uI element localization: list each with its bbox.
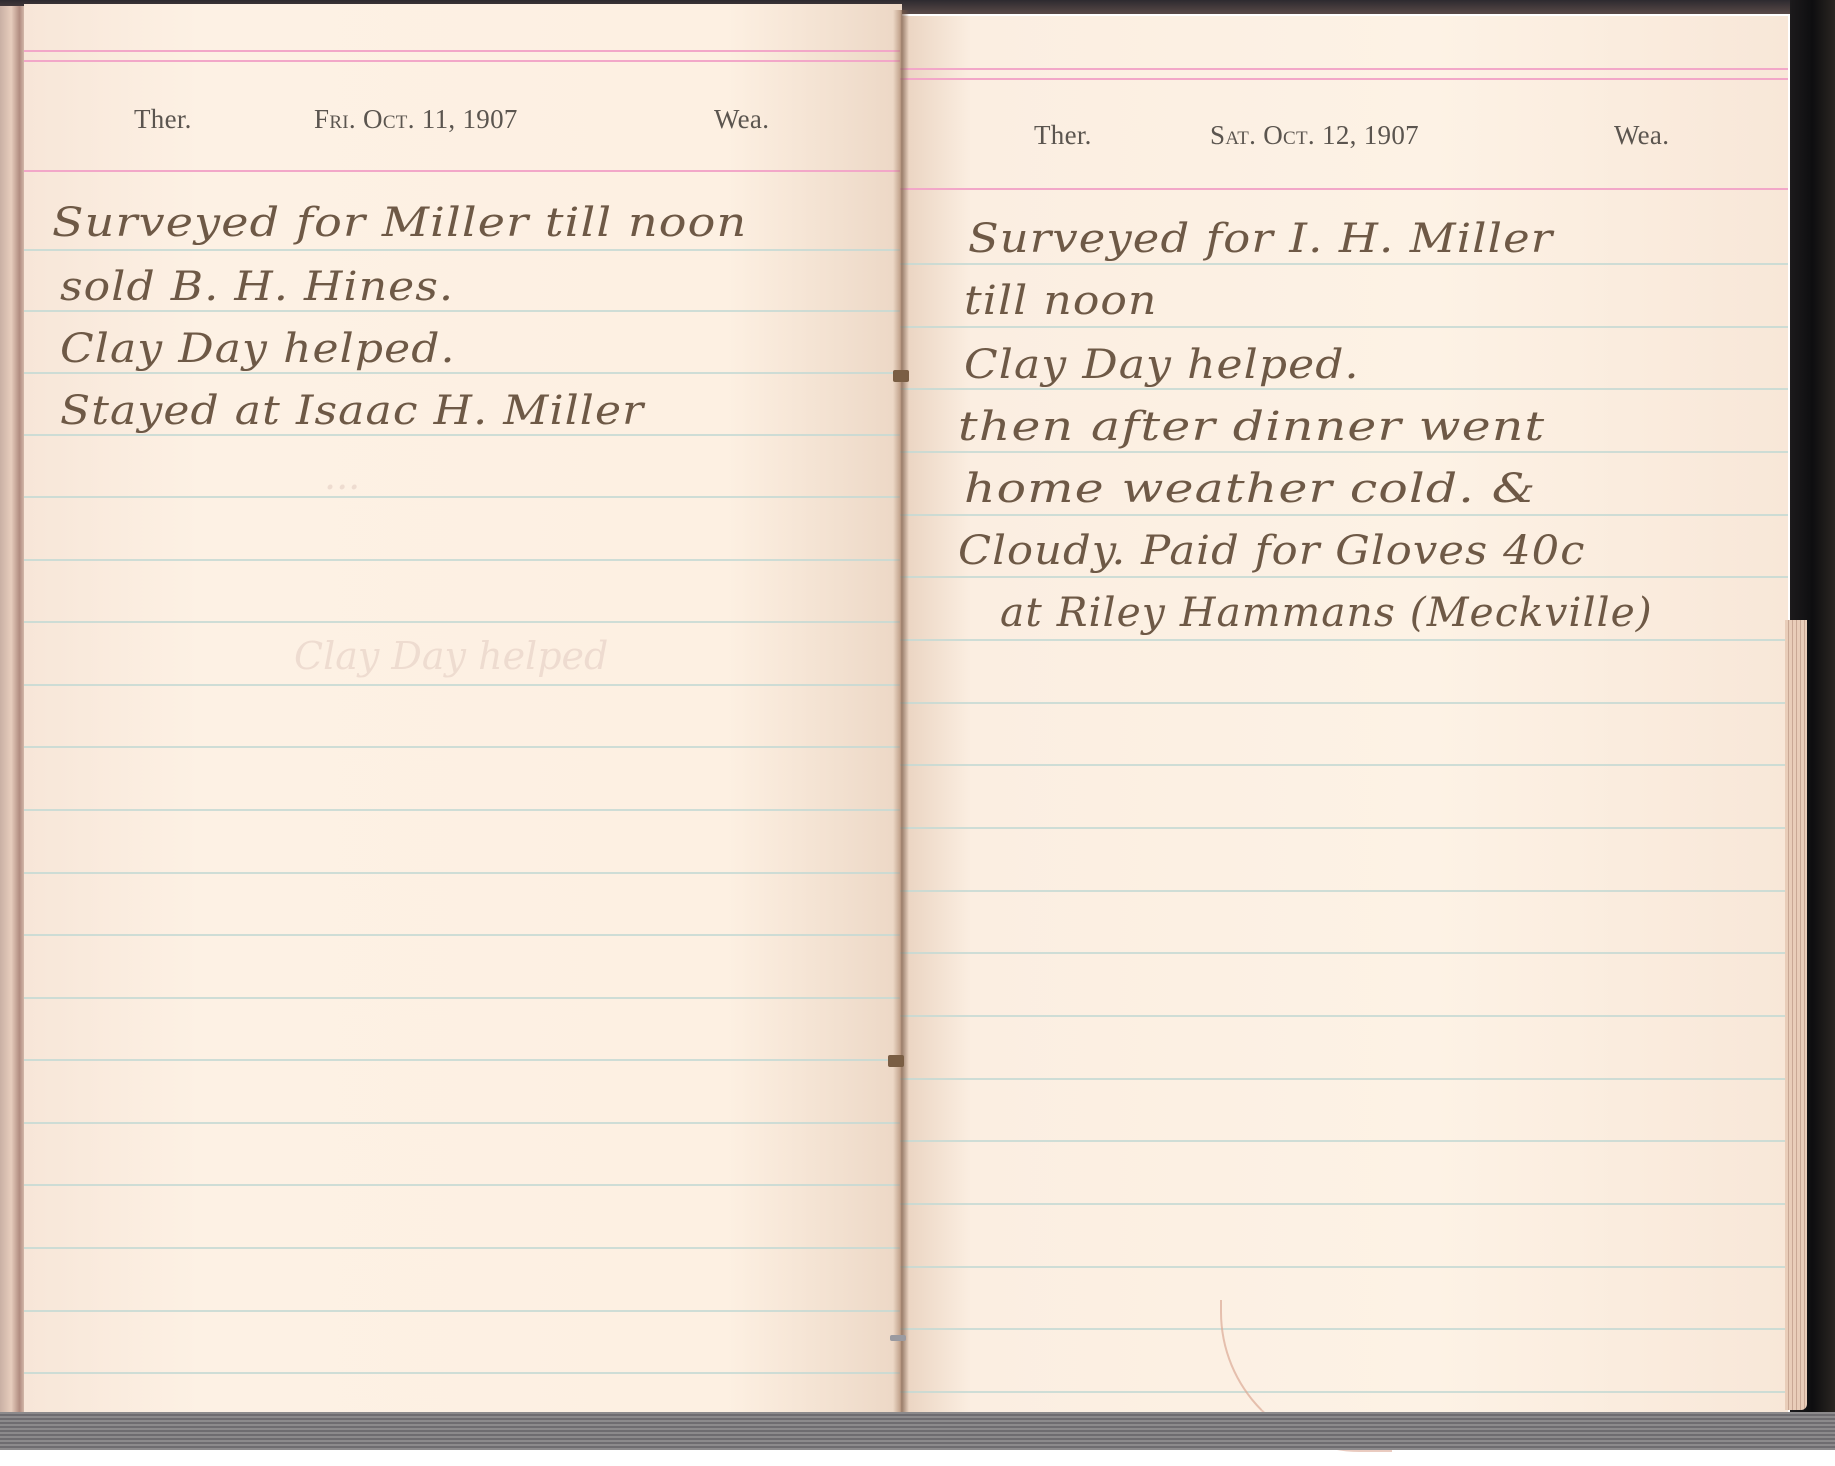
bleed-through-text: ... (324, 454, 360, 498)
ruled-line (900, 514, 1788, 516)
diary-scan: Ther. Fri. Oct. 11, 1907 Wea. ... Clay D… (0, 0, 1835, 1466)
ruled-line (900, 451, 1788, 453)
ruled-line (24, 1247, 902, 1249)
binding-stitch (890, 1335, 906, 1341)
ruled-line (900, 952, 1788, 954)
entry-line: Clay Day helped. (60, 326, 456, 372)
weekday: Fri. (314, 104, 363, 134)
ruled-line (900, 326, 1788, 328)
date-heading: Fri. Oct. 11, 1907 (314, 104, 518, 135)
entry-line: till noon (964, 278, 1157, 324)
ruled-line (24, 997, 902, 999)
entry-line: at Riley Hammans (Meckville) (1000, 590, 1653, 636)
weekday: Sat. (1210, 120, 1263, 150)
ruled-line (24, 496, 902, 498)
entry-line: Stayed at Isaac H. Miller (60, 388, 644, 434)
ruled-line (900, 1078, 1788, 1080)
ruled-line (900, 1015, 1788, 1017)
date-text: Oct. 12, 1907 (1263, 120, 1419, 150)
ruled-line (24, 1372, 902, 1374)
ruled-line (24, 1122, 902, 1124)
pink-double-rule-bottom (900, 78, 1788, 80)
ruled-line (900, 890, 1788, 892)
ruled-line (24, 1310, 902, 1312)
bleed-through-text: Clay Day helped (294, 634, 608, 678)
pink-header-underline (24, 170, 902, 172)
weather-label: Wea. (1614, 120, 1669, 151)
ruled-line (900, 764, 1788, 766)
pink-double-rule-top (24, 50, 902, 52)
ruled-line (24, 934, 902, 936)
ruled-line (900, 702, 1788, 704)
pink-header-underline (900, 188, 1788, 190)
book-bottom-edge (0, 1412, 1835, 1450)
entry-line: Clay Day helped. (964, 342, 1360, 388)
ruled-line (24, 372, 902, 374)
ruled-line (900, 639, 1788, 641)
ruled-line (900, 576, 1788, 578)
pink-double-rule-top (900, 68, 1788, 70)
ruled-line (900, 1266, 1788, 1268)
ruled-line (24, 310, 902, 312)
ruled-line (900, 263, 1788, 265)
right-page: Ther. Sat. Oct. 12, 1907 Wea. Surveyed f… (900, 16, 1788, 1414)
ruled-line (900, 827, 1788, 829)
entry-line: then after dinner went (958, 404, 1545, 450)
thermometer-label: Ther. (134, 104, 192, 135)
entry-line: home weather cold. & (964, 466, 1536, 512)
pink-double-rule-bottom (24, 60, 902, 62)
ruled-line (24, 1059, 902, 1061)
ruled-line (24, 434, 902, 436)
ruled-line (900, 1140, 1788, 1142)
page-stack-right-edge (1785, 620, 1807, 1410)
ruled-line (900, 388, 1788, 390)
ruled-line (24, 249, 902, 251)
ruled-line (24, 746, 902, 748)
ruled-line (24, 1184, 902, 1186)
thermometer-label: Ther. (1034, 120, 1092, 151)
date-text: Oct. 11, 1907 (363, 104, 518, 134)
entry-line: Surveyed for Miller till noon (52, 200, 747, 246)
left-page: Ther. Fri. Oct. 11, 1907 Wea. ... Clay D… (24, 4, 902, 1414)
binding-stitch (888, 1055, 904, 1067)
entry-line: sold B. H. Hines. (60, 264, 454, 310)
ruled-line (24, 872, 902, 874)
ruled-line (24, 559, 902, 561)
binding-stitch (893, 370, 909, 382)
ruled-line (24, 621, 902, 623)
ruled-line (900, 1203, 1788, 1205)
ruled-line (24, 684, 902, 686)
ruled-line (24, 809, 902, 811)
entry-line: Cloudy. Paid for Gloves 40c (958, 528, 1585, 574)
book-spine-gutter (893, 10, 909, 1415)
entry-line: Surveyed for I. H. Miller (968, 216, 1553, 262)
weather-label: Wea. (714, 104, 769, 135)
date-heading: Sat. Oct. 12, 1907 (1210, 120, 1419, 151)
